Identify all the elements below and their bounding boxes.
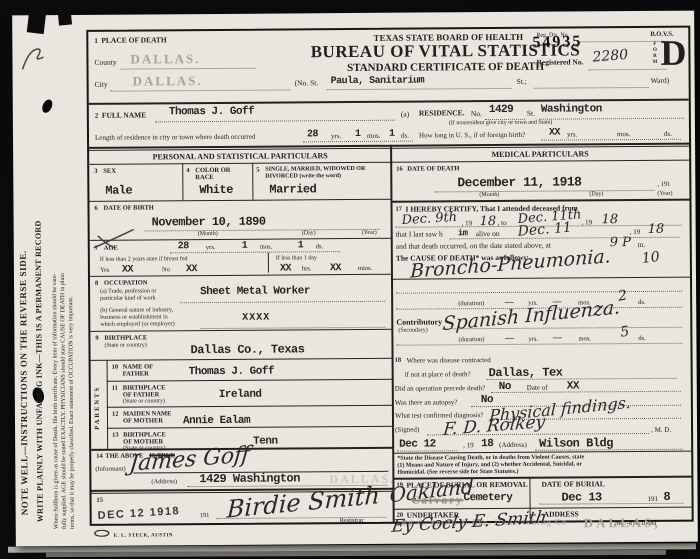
father-bp-label-3: (State or country) — [123, 398, 165, 404]
less-than-day-label: If less than 1 day — [276, 255, 317, 261]
death-occurred-end: m. — [638, 240, 646, 249]
residence-no-label: No. — [471, 109, 482, 118]
st-label: St.; — [517, 77, 527, 86]
burial-date-rule — [540, 502, 684, 505]
age-yrs-label: yrs. — [206, 244, 216, 251]
sex-row-rule — [89, 199, 391, 202]
birthplace-value: Dallas Co., Texas — [190, 342, 304, 357]
dod-year-label: (Year) — [657, 191, 672, 197]
county-label: County — [94, 58, 116, 67]
certify-date-rule — [397, 449, 457, 451]
mother-number: 12 — [112, 411, 119, 418]
county-value-stamp: DALLAS. — [130, 51, 200, 67]
parents-vertical-label: PARENTS — [94, 386, 101, 430]
cause-dotted-rule — [396, 290, 682, 294]
dob-year-label: (Year) — [362, 230, 377, 236]
filed-date-stamp: DEC 12 1918 — [97, 505, 180, 522]
contributory-sub-label: (Secondary) — [398, 327, 427, 333]
ward-rule — [534, 86, 649, 89]
occupation-a-value: Sheet Metal Worker — [200, 285, 310, 298]
county-rule — [121, 67, 256, 70]
breast-no-value: XX — [186, 264, 197, 275]
color-label: COLOR OR RACE — [195, 167, 250, 181]
breast-fed-label: If less than 2 years state if breast fed — [100, 256, 188, 263]
us-yrs-value: XX — [549, 128, 560, 139]
registered-no-label: Registered No. — [536, 57, 583, 66]
contracted-q1: if not at place of death? — [405, 370, 471, 378]
dod-label: DATE OF DEATH — [407, 165, 459, 172]
marital-label: SINGLE, MARRIED, WIDOWED OR DIVORCED (wr… — [265, 166, 383, 180]
duration2-yrs: yrs. — [528, 336, 538, 343]
dod-rule — [434, 189, 654, 193]
age-sub-divider — [268, 253, 269, 273]
informant-address-label: (Address) — [151, 478, 177, 485]
residence-st-label: St. — [527, 109, 535, 118]
length-yrs-value: 28 — [307, 129, 318, 140]
city-rule — [111, 88, 291, 91]
color-cell-divider — [252, 163, 253, 200]
residence-st-value: Washington — [541, 103, 602, 115]
duration2-rule — [396, 342, 682, 346]
father-label-2: FATHER — [123, 370, 149, 377]
us-ds-label: ds. — [664, 130, 672, 138]
certificate-title: STANDARD CERTIFICATE OF DEATH — [325, 61, 565, 75]
undertaker-address-label: ADDRESS — [544, 509, 579, 518]
breast-no-label: No — [162, 266, 170, 273]
handwritten-check-artifact — [92, 228, 138, 252]
occupation-a-label-1: (a) Trade, profession or — [100, 288, 156, 294]
undertaker-cell-divider — [530, 508, 531, 519]
length-mos-label: mos. — [367, 132, 380, 140]
breast-yes-label: Yes — [100, 267, 110, 274]
how-long-us-label: How long in U. S., if of foreign birth? — [419, 131, 525, 140]
form-letter-d: D — [660, 32, 686, 74]
occupation-b-label-3: which employed (or employer) — [100, 321, 175, 328]
city-value-stamp: DALLAS. — [133, 73, 203, 89]
contributory-label: Contributory — [396, 317, 442, 326]
dob-label: DATE OF BIRTH — [103, 204, 153, 211]
residence-prefix: (a) — [401, 110, 409, 119]
ink-blob-artifact — [40, 98, 54, 114]
dod-year-suffix: , 191 — [657, 181, 670, 188]
occupation-b-label-2: business or establishment in — [100, 314, 168, 320]
registered-no-value: 2280 — [592, 47, 629, 66]
contracted-label: Where was disease contracted — [407, 356, 491, 365]
margin-note-well: NOTE WELL—INSTRUCTIONS ON THE REVERSE SI… — [18, 250, 30, 515]
occupation-a-rule — [180, 300, 385, 303]
attest-number: 14 — [96, 453, 103, 460]
last-saw-19: , 19 — [630, 228, 641, 236]
certify-date-year: 18 — [481, 438, 493, 450]
length-rule — [303, 140, 413, 143]
dod-value: December 11, 1918 — [457, 174, 581, 190]
margin-fine-print-3: terms, so that it may be properly classi… — [68, 296, 76, 529]
duration1-ds: ds. — [638, 299, 645, 306]
filed-year-label: 191 — [200, 512, 210, 519]
occupation-b-value: XXXX — [242, 313, 270, 324]
margin-fine-print-2: fully supplied. AGE should be stated EXA… — [60, 273, 68, 529]
certificate-form: 1 PLACE OF DEATH County DALLAS. City DAL… — [86, 26, 693, 526]
us-yrs-label: yrs. — [567, 130, 577, 138]
occupation-label: OCCUPATION — [104, 279, 148, 286]
marital-value: Married — [269, 182, 316, 196]
age-ds-label: ds. — [316, 243, 323, 250]
color-number: 4 — [186, 167, 189, 174]
dod-number: 16 — [396, 166, 403, 173]
page-edge-artifact — [46, 550, 666, 557]
institution-rule — [327, 87, 512, 90]
full-name-rule — [155, 119, 395, 123]
autopsy-label: Was there an autopsy? — [395, 398, 458, 406]
printer-mark: E. L. STECK, AUSTIN — [94, 523, 173, 542]
death-occurred-label: and that death occurred, on the date sta… — [396, 241, 551, 251]
mins-label: mins. — [358, 265, 372, 272]
occupation-b-label-1: (b) General nature of industry, — [100, 307, 173, 314]
sex-value: Male — [105, 184, 132, 198]
length-label: Length of residence in city or town wher… — [95, 133, 255, 142]
ward-label: Ward) — [651, 76, 670, 85]
cause-of-death-extra: 10 — [641, 249, 661, 267]
film-tab-artifact — [27, 6, 47, 34]
signed-label: (Signed) — [395, 426, 419, 434]
father-bp-number: 11 — [112, 385, 118, 392]
medical-particulars-header: MEDICAL PARTICULARS — [391, 149, 689, 160]
margin-fine-print-1: Where Stillborn is given as cause of Dea… — [52, 273, 60, 529]
dob-number: 6 — [94, 205, 97, 212]
dob-value: November 10, 1890 — [152, 215, 266, 230]
place-of-death-label: PLACE OF DEATH — [101, 35, 166, 44]
operation-label: Did an operation precede death? — [395, 384, 486, 393]
right-header-rule — [391, 160, 689, 163]
mother-row-rule — [107, 426, 393, 429]
residence-no-value: 1429 — [489, 104, 513, 116]
residence-st-rule — [539, 117, 684, 120]
sex-cell-divider — [182, 163, 183, 200]
informant-label: (Informant) — [95, 466, 125, 473]
certificate-sheet: NOTE WELL—INSTRUCTIONS ON THE REVERSE SI… — [12, 11, 698, 547]
dod-day-label: (Day) — [589, 191, 603, 197]
printer-logo-icon — [94, 530, 110, 537]
filed-number: 15 — [97, 497, 104, 504]
parents-strip-divider — [107, 360, 109, 449]
occupation-a-label-2: particular kind of work — [100, 295, 156, 301]
dod-month-label: (Month) — [479, 192, 499, 198]
dob-month-label: (Month) — [198, 231, 218, 237]
dob-rule — [145, 228, 380, 232]
operation-rule — [491, 390, 681, 393]
footnote-line-2: (1) Means and Nature of Injury, and (2) … — [397, 461, 582, 468]
burial-cell-divider — [529, 477, 530, 508]
registrar-label: Registrar — [340, 517, 364, 524]
last-saw-rule — [450, 236, 680, 240]
sex-number: 3 — [94, 168, 97, 175]
last-saw-pre: that I last saw h — [396, 229, 443, 238]
contracted-number: 18 — [395, 357, 402, 364]
death-hour: 9 P — [610, 235, 631, 250]
length-yrs-label: yrs. — [331, 132, 341, 140]
film-tab-artifact — [57, 5, 72, 25]
burial-date-label: DATE OF BURIAL — [541, 479, 604, 488]
dob-day-label: (Day) — [302, 230, 316, 236]
mother-label-2: OF MOTHER — [123, 417, 163, 424]
mother-value: Annie Ealam — [183, 415, 250, 427]
length-ds-value: 1 — [389, 129, 395, 140]
full-name-value: Thomas J. Goff — [169, 106, 255, 119]
form-word: FORM — [652, 42, 657, 66]
personal-particulars-header: PERSONAL AND STATISTICAL PARTICULARS — [89, 151, 391, 162]
age-row-rule — [90, 274, 392, 277]
sex-label: SEX — [103, 168, 116, 175]
dod-row-rule — [391, 199, 689, 203]
mother-bp-value: Tenn — [253, 436, 277, 448]
registered-no-rule — [589, 68, 667, 71]
md-label: , M. D. — [651, 426, 671, 434]
city-label: City — [95, 80, 108, 89]
birthplace-row-rule — [91, 358, 393, 361]
duration2-ds: ds. — [638, 335, 645, 342]
residence-label: RESIDENCE. — [419, 108, 465, 117]
contributory-rule — [442, 326, 682, 330]
father-row-rule — [107, 379, 393, 382]
scanned-death-certificate: NOTE WELL—INSTRUCTIONS ON THE REVERSE SI… — [0, 0, 700, 559]
mother-bp-number: 13 — [112, 432, 119, 439]
length-mos-value: 1 — [355, 129, 361, 140]
color-value: White — [199, 183, 233, 197]
birthplace-sub-label: (State or country) — [104, 342, 146, 348]
birthplace-number: 9 — [95, 335, 98, 342]
full-name-label: FULL NAME — [102, 110, 146, 119]
occupation-row-rule — [90, 329, 392, 332]
signed-rule — [427, 432, 649, 436]
father-bp-row-rule — [107, 405, 393, 408]
printer-name: E. L. STECK, AUSTIN — [114, 533, 173, 538]
age-rule — [170, 250, 340, 253]
last-saw-year: 18 — [648, 222, 665, 237]
length-ds-label: ds. — [401, 132, 409, 140]
us-mos-label: mos. — [617, 130, 630, 138]
certificate-number-stamp: 54935 — [532, 33, 582, 52]
breast-yes-value: XX — [122, 265, 133, 276]
certify-date-19: , 19 — [463, 441, 474, 449]
undertaker-address-stamp: DALLAS, — [584, 515, 661, 532]
us-rule — [541, 138, 681, 141]
pencil-squiggle-artifact — [18, 43, 48, 77]
occupation-number: 8 — [95, 280, 98, 287]
birthplace-label: BIRTHPLACE — [104, 334, 147, 341]
hrs-value: XX — [280, 263, 291, 274]
institution-value: Paula, Sanitarium — [331, 76, 425, 88]
full-name-number: 2 — [95, 112, 99, 120]
mins-value: XX — [330, 263, 341, 274]
place-of-death-number: 1 — [94, 37, 98, 45]
contracted-q1-rule — [487, 377, 677, 380]
burial-cemetery-value: Cemetery — [463, 492, 512, 504]
father-bp-value: Ireland — [219, 389, 262, 401]
nonresident-note: (If nonresident give city or town and St… — [449, 120, 553, 127]
certify-address-label: (Address) — [499, 441, 527, 449]
margin-write-plainly: WRITE PLAINLY WITH UNFADING INK—THIS IS … — [34, 220, 45, 522]
hrs-label: hrs. — [302, 265, 312, 272]
no-st-label: (No. St. — [295, 78, 319, 87]
left-header-rule — [89, 162, 391, 165]
father-value: Thomas J. Goff — [189, 366, 275, 379]
marital-number: 5 — [256, 167, 259, 174]
father-number: 10 — [112, 364, 119, 371]
certify-number: 17 — [395, 206, 402, 213]
burial-place-stamp: Calvary — [412, 494, 464, 506]
